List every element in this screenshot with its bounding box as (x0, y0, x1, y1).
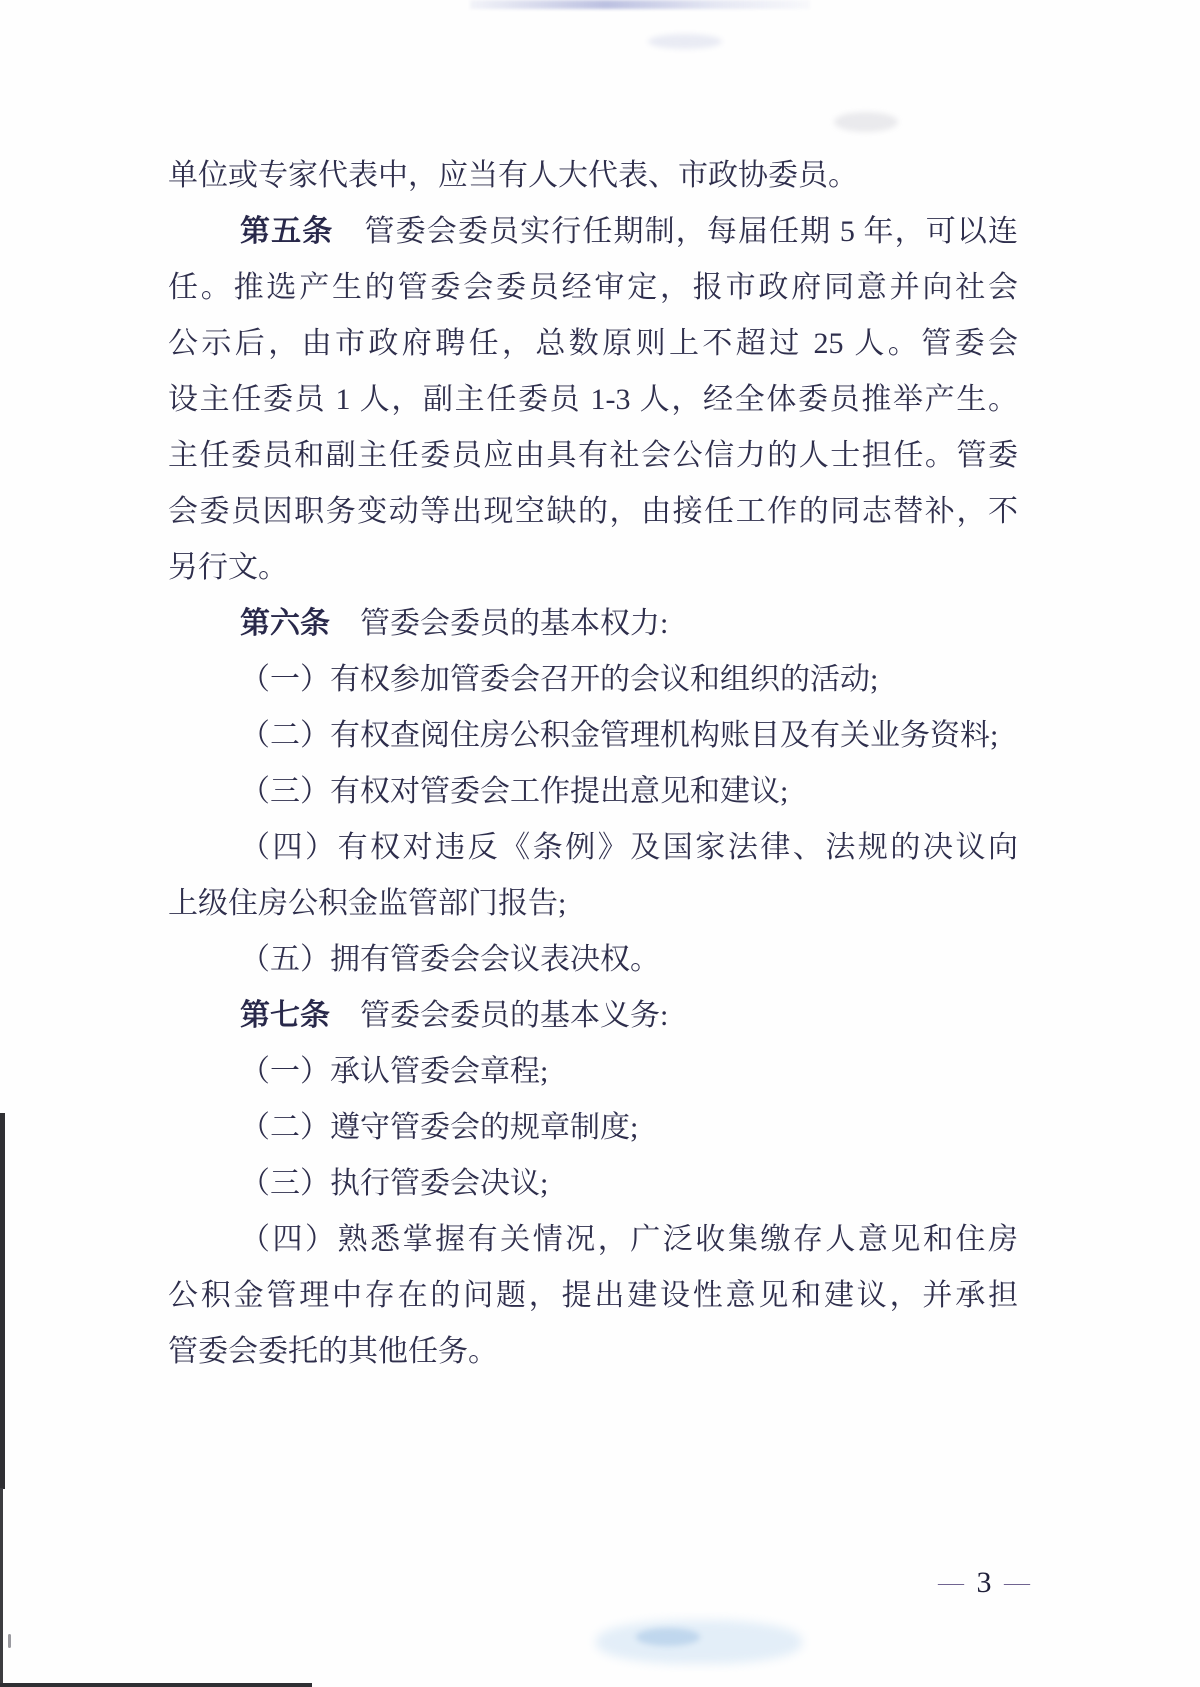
article-5-heading-line: 第五条 管委会委员实行任期制，每届任期 5 年，可以连 (168, 204, 1018, 260)
body-line: 公示后，由市政府聘任，总数原则上不超过 25 人。管委会 (168, 316, 1018, 372)
article-6-heading-line: 第六条 管委会委员的基本权力: (168, 596, 1018, 652)
scan-edge-line (0, 1113, 5, 1489)
list-item-line: （四）有权对违反《条例》及国家法律、法规的决议向 (168, 820, 1018, 876)
list-item-line: （四）熟悉掌握有关情况，广泛收集缴存人意见和住房 (168, 1212, 1018, 1268)
list-item-line: （一）承认管委会章程; (168, 1044, 1018, 1100)
body-line: 管委会委托的其他任务。 (168, 1324, 1018, 1380)
article-7-heading-line: 第七条 管委会委员的基本义务: (168, 988, 1018, 1044)
scan-speck (8, 1634, 11, 1648)
body-line: 任。推选产生的管委会委员经审定，报市政府同意并向社会 (168, 260, 1018, 316)
list-item-line: （五）拥有管委会会议表决权。 (168, 932, 1018, 988)
article-number-bold: 第五条 (240, 215, 333, 248)
list-item-line: （二）遵守管委会的规章制度; (168, 1100, 1018, 1156)
document-body: 单位或专家代表中，应当有人大代表、市政协委员。 第五条 管委会委员实行任期制，每… (168, 148, 1018, 1380)
article-number-bold: 第七条 (240, 999, 330, 1032)
list-item-line: （三）执行管委会决议; (168, 1156, 1018, 1212)
scan-edge-line-thin (0, 1488, 3, 1687)
body-line: 另行文。 (168, 540, 1018, 596)
scan-smudge-top-2 (648, 34, 722, 49)
scan-smudge-bottom (596, 1620, 802, 1664)
page-number-dash-left: — (938, 1571, 964, 1595)
body-line: 公积金管理中存在的问题，提出建设性意见和建议，并承担 (168, 1268, 1018, 1324)
article-number-bold: 第六条 (240, 607, 330, 640)
body-line: 主任委员和副主任委员应由具有社会公信力的人士担任。管委 (168, 428, 1018, 484)
body-line: 单位或专家代表中，应当有人大代表、市政协委员。 (168, 148, 1018, 204)
page-number-dash-right: — (1004, 1571, 1030, 1595)
scan-smudge-bottom-2 (636, 1628, 700, 1646)
list-item-line: （二）有权查阅住房公积金管理机构账目及有关业务资料; (168, 708, 1018, 764)
scan-smudge-gray (834, 112, 898, 132)
body-line: 上级住房公积金监管部门报告; (168, 876, 1018, 932)
page-number-value: 3 (977, 1566, 992, 1600)
scan-bottom-edge-line (0, 1683, 312, 1687)
page-number: — 3 — (938, 1566, 1030, 1600)
scan-smudge-top (470, 0, 810, 9)
list-item-line: （一）有权参加管委会召开的会议和组织的活动; (168, 652, 1018, 708)
body-line: 会委员因职务变动等出现空缺的，由接任工作的同志替补，不 (168, 484, 1018, 540)
body-line: 设主任委员 1 人，副主任委员 1-3 人，经全体委员推举产生。 (168, 372, 1018, 428)
list-item-line: （三）有权对管委会工作提出意见和建议; (168, 764, 1018, 820)
